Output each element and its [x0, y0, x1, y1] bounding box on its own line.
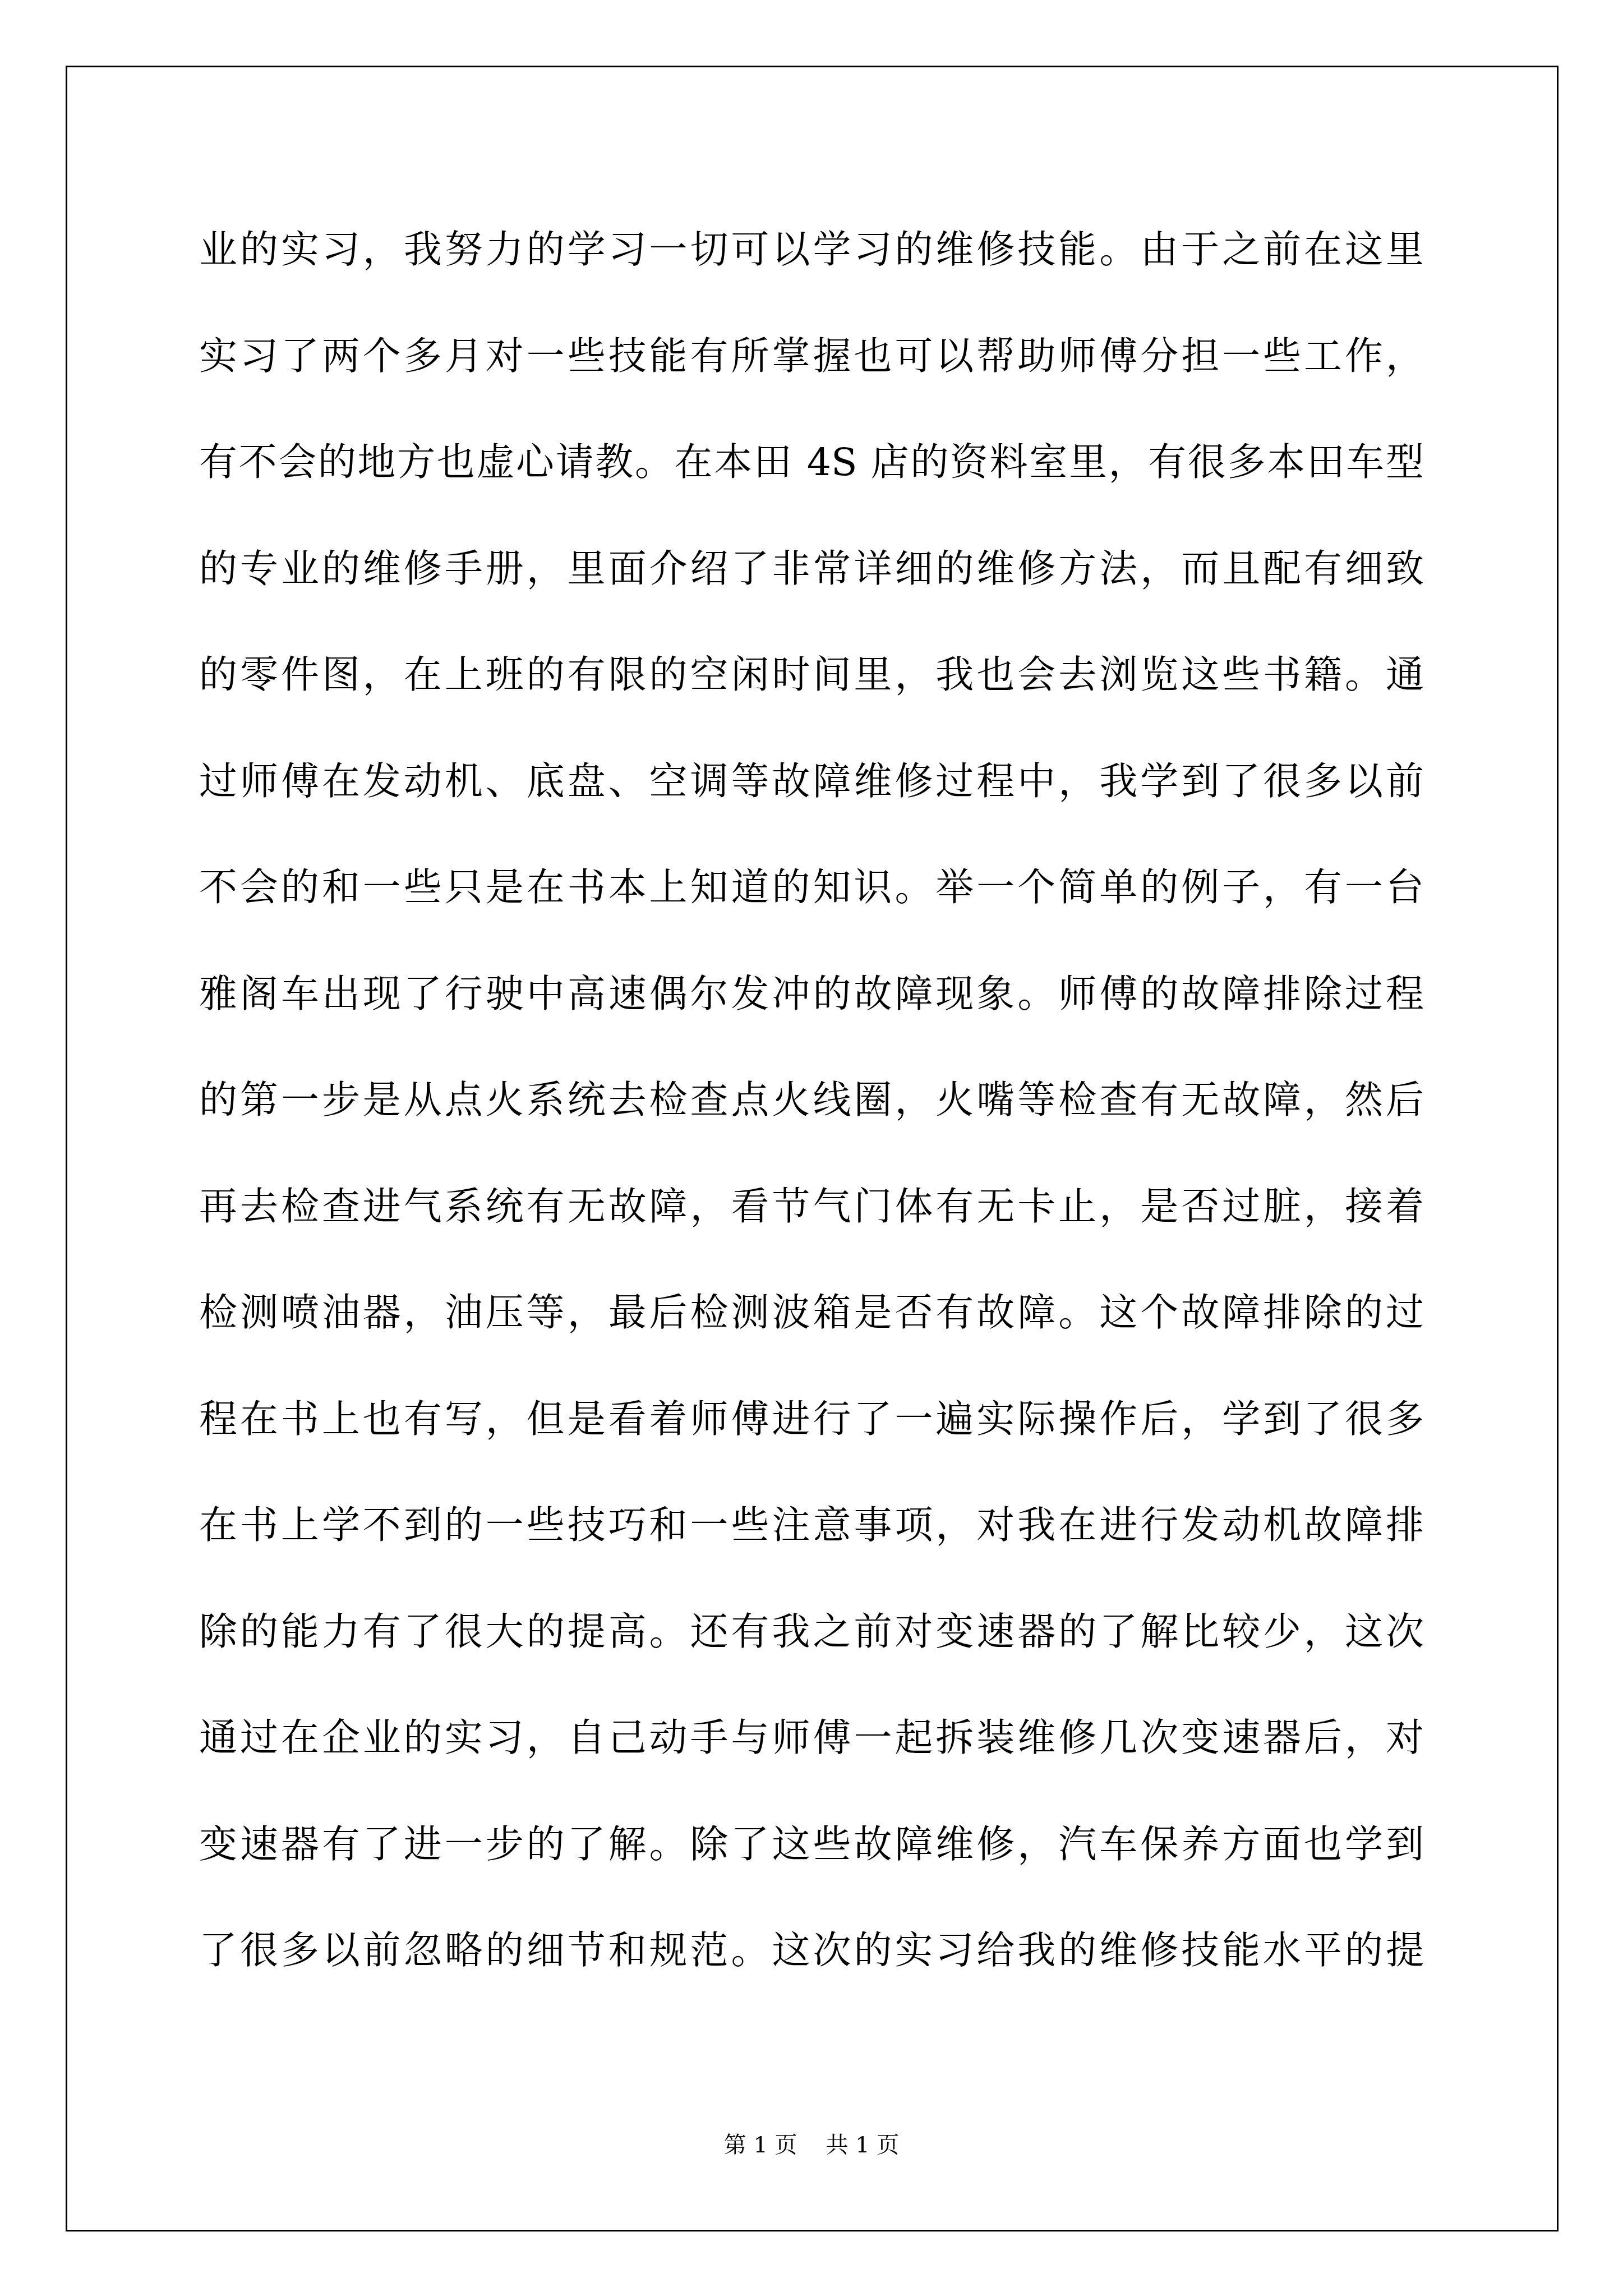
- text-line-15: 通过在企业的实习，自己动手与师傅一起拆装维修几次变速器后，对: [199, 1685, 1424, 1792]
- text-line-11: 检测喷油器，油压等，最后检测波箱是否有故障。这个故障排除的过: [199, 1260, 1424, 1366]
- text-line-2: 实习了两个多月对一些技能有所掌握也可以帮助师傅分担一些工作，: [199, 303, 1424, 410]
- text-line-1: 业的实习，我努力的学习一切可以学习的维修技能。由于之前在这里: [199, 197, 1424, 303]
- text-line-13: 在书上学不到的一些技巧和一些注意事项，对我在进行发动机故障排: [199, 1473, 1424, 1579]
- text-line-4: 的专业的维修手册，里面介绍了非常详细的维修方法，而且配有细致: [199, 516, 1424, 623]
- text-line-8: 雅阁车出现了行驶中高速偶尔发冲的故障现象。师傅的故障排除过程: [199, 941, 1424, 1048]
- text-line-16: 变速器有了进一步的了解。除了这些故障维修，汽车保养方面也学到: [199, 1792, 1424, 1898]
- text-line-7: 不会的和一些只是在书本上知道的知识。举一个简单的例子，有一台: [199, 835, 1424, 941]
- document-body: 业的实习，我努力的学习一切可以学习的维修技能。由于之前在这里 实习了两个多月对一…: [199, 197, 1424, 2004]
- text-line-14: 除的能力有了很大的提高。还有我之前对变速器的了解比较少，这次: [199, 1579, 1424, 1686]
- text-line-9: 的第一步是从点火系统去检查点火线圈，火嘴等检查有无故障，然后: [199, 1047, 1424, 1154]
- text-line-3: 有不会的地方也虚心请教。在本田 4S 店的资料室里，有很多本田车型: [199, 409, 1424, 516]
- text-line-17: 了很多以前忽略的细节和规范。这次的实习给我的维修技能水平的提: [199, 1898, 1424, 2004]
- text-line-6: 过师傅在发动机、底盘、空调等故障维修过程中，我学到了很多以前: [199, 729, 1424, 835]
- page-number-footer: 第 1 页 共 1 页: [0, 2129, 1623, 2161]
- text-line-10: 再去检查进气系统有无故障，看节气门体有无卡止，是否过脏，接着: [199, 1154, 1424, 1260]
- text-line-5: 的零件图，在上班的有限的空闲时间里，我也会去浏览这些书籍。通: [199, 622, 1424, 729]
- text-line-12: 程在书上也有写，但是看着师傅进行了一遍实际操作后，学到了很多: [199, 1366, 1424, 1473]
